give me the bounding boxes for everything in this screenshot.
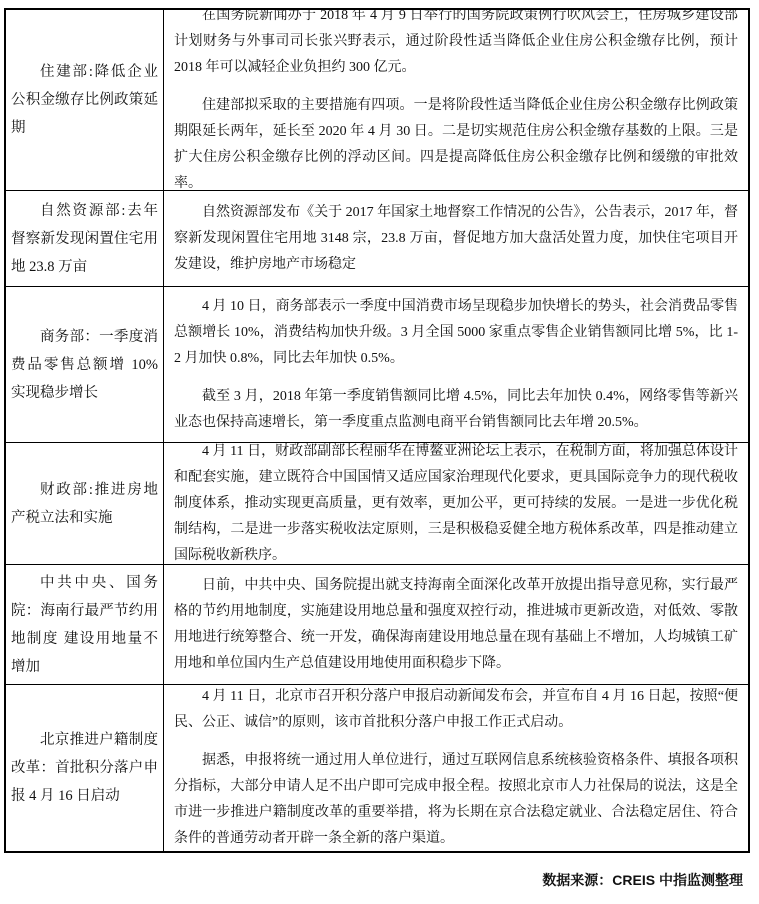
row-header-cell: 住建部:降低企业公积金缴存比例政策延期: [6, 10, 164, 190]
row-header-text: 北京推进户籍制度改革：首批积分落户申报 4 月 16 日启动: [11, 726, 158, 810]
data-source-note: 数据来源：CREIS 中指监测整理: [0, 870, 743, 890]
news-paragraph: 日前，中共中央、国务院提出就支持海南全面深化改革开放提出指导意见称，实行最严格的…: [174, 573, 738, 677]
row-content-cell: 4 月 10 日，商务部表示一季度中国消费市场呈现稳步加快增长的势头，社会消费品…: [164, 287, 748, 442]
row-content-cell: 自然资源部发布《关于 2017 年国家土地督察工作情况的公告》，公告表示，201…: [164, 191, 748, 286]
row-header-text: 自然资源部:去年督察新发现闲置住宅用地 23.8 万亩: [11, 197, 158, 281]
row-header-text: 商务部：一季度消费品零售总额增 10% 实现稳步增长: [11, 323, 158, 407]
row-header-text: 中共中央、国务院：海南行最严节约用地制度 建设用地量不增加: [11, 569, 158, 681]
table-row-ministry-of-housing: 住建部:降低企业公积金缴存比例政策延期 在国务院新闻办于 2018 年 4 月 …: [6, 10, 748, 191]
news-paragraph: 4 月 11 日，财政部副部长程丽华在博鳌亚洲论坛上表示，在税制方面，将加强总体…: [174, 443, 738, 564]
table-row-natural-resources: 自然资源部:去年督察新发现闲置住宅用地 23.8 万亩 自然资源部发布《关于 2…: [6, 191, 748, 287]
news-paragraph: 住建部拟采取的主要措施有四项。一是将阶段性适当降低企业住房公积金缴存比例政策期限…: [174, 93, 738, 190]
policy-news-report-page: 住建部:降低企业公积金缴存比例政策延期 在国务院新闻办于 2018 年 4 月 …: [0, 0, 759, 904]
news-paragraph: 自然资源部发布《关于 2017 年国家土地督察工作情况的公告》，公告表示，201…: [174, 200, 738, 278]
row-content-cell: 日前，中共中央、国务院提出就支持海南全面深化改革开放提出指导意见称，实行最严格的…: [164, 565, 748, 684]
news-paragraph: 4 月 10 日，商务部表示一季度中国消费市场呈现稳步加快增长的势头，社会消费品…: [174, 294, 738, 372]
news-paragraph: 据悉，申报将统一通过用人单位进行，通过互联网信息系统核验资格条件、填报各项积分指…: [174, 748, 738, 851]
table-row-central-committee-hainan: 中共中央、国务院：海南行最严节约用地制度 建设用地量不增加 日前，中共中央、国务…: [6, 565, 748, 685]
news-paragraph: 截至 3 月，2018 年第一季度销售额同比增 4.5%，同比去年加快 0.4%…: [174, 384, 738, 436]
row-header-cell: 自然资源部:去年督察新发现闲置住宅用地 23.8 万亩: [6, 191, 164, 286]
row-header-text: 住建部:降低企业公积金缴存比例政策延期: [11, 58, 158, 142]
table-row-ministry-of-finance: 财政部:推进房地产税立法和实施 4 月 11 日，财政部副部长程丽华在博鳌亚洲论…: [6, 443, 748, 565]
row-header-text: 财政部:推进房地产税立法和实施: [11, 476, 158, 532]
row-header-cell: 商务部：一季度消费品零售总额增 10% 实现稳步增长: [6, 287, 164, 442]
table-row-beijing-hukou-reform: 北京推进户籍制度改革：首批积分落户申报 4 月 16 日启动 4 月 11 日，…: [6, 685, 748, 851]
row-content-cell: 在国务院新闻办于 2018 年 4 月 9 日举行的国务院政策例行吹风会上，住房…: [164, 10, 748, 190]
row-content-cell: 4 月 11 日，北京市召开积分落户申报启动新闻发布会，并宣布自 4 月 16 …: [164, 685, 748, 851]
news-paragraph: 在国务院新闻办于 2018 年 4 月 9 日举行的国务院政策例行吹风会上，住房…: [174, 10, 738, 81]
row-content-cell: 4 月 11 日，财政部副部长程丽华在博鳌亚洲论坛上表示，在税制方面，将加强总体…: [164, 443, 748, 564]
news-paragraph: 4 月 11 日，北京市召开积分落户申报启动新闻发布会，并宣布自 4 月 16 …: [174, 685, 738, 736]
row-header-cell: 中共中央、国务院：海南行最严节约用地制度 建设用地量不增加: [6, 565, 164, 684]
row-header-cell: 财政部:推进房地产税立法和实施: [6, 443, 164, 564]
row-header-cell: 北京推进户籍制度改革：首批积分落户申报 4 月 16 日启动: [6, 685, 164, 851]
table-row-ministry-of-commerce: 商务部：一季度消费品零售总额增 10% 实现稳步增长 4 月 10 日，商务部表…: [6, 287, 748, 443]
policy-news-table: 住建部:降低企业公积金缴存比例政策延期 在国务院新闻办于 2018 年 4 月 …: [4, 8, 750, 853]
